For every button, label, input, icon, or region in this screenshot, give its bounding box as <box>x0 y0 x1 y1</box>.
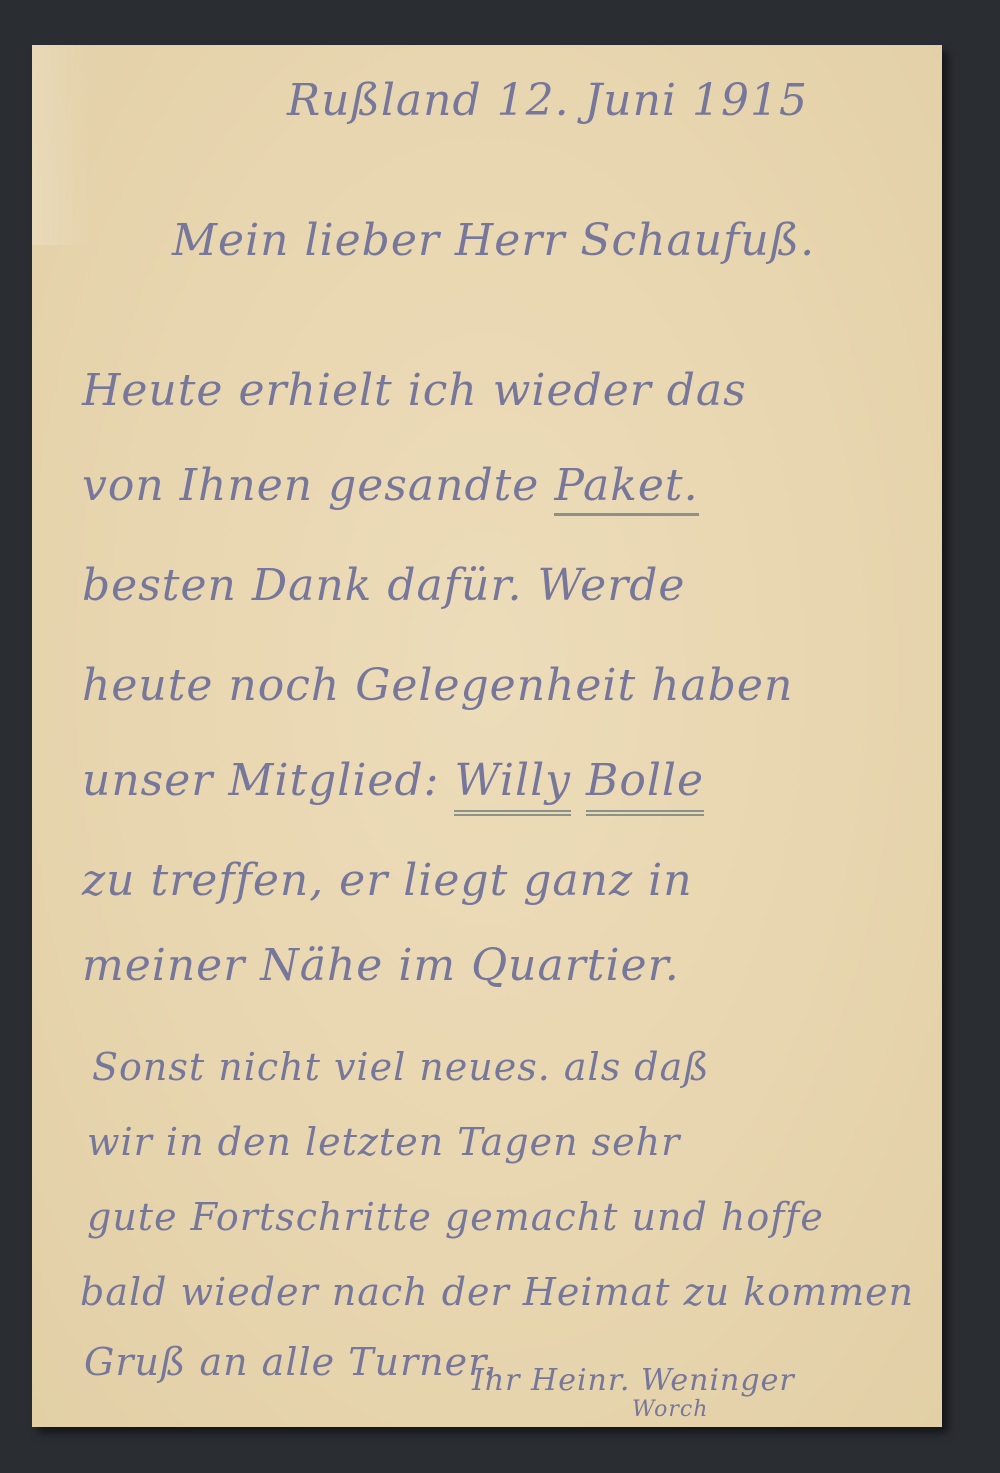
signature-sub: Worch <box>632 1397 708 1422</box>
place-date: Rußland 12. Juni 1915 <box>287 75 808 126</box>
underlined-willy: Willy <box>454 755 571 816</box>
underlined-paket: Paket. <box>554 460 698 516</box>
signature: Ihr Heinr. Weninger <box>472 1363 795 1398</box>
body-line-2-text: von Ihnen gesandte <box>82 460 539 511</box>
body-line-5: unser Mitglied: Willy Bolle <box>82 755 704 806</box>
body-line-4: heute noch Gelegenheit haben <box>82 660 793 711</box>
underlined-bolle: Bolle <box>586 755 704 816</box>
salutation: Mein lieber Herr Schaufuß. <box>172 215 815 266</box>
body-line-5-text: unser Mitglied: <box>82 755 439 806</box>
body-line-10: gute Fortschritte gemacht und hoffe <box>87 1195 824 1239</box>
body-line-8: Sonst nicht viel neues. als daß <box>92 1045 710 1089</box>
body-line-3: besten Dank dafür. Werde <box>82 560 685 611</box>
body-line-6: zu treffen, er liegt ganz in <box>82 855 693 906</box>
body-line-2: von Ihnen gesandte Paket. <box>82 460 699 511</box>
body-line-7: meiner Nähe im Quartier. <box>82 940 680 991</box>
body-line-1: Heute erhielt ich wieder das <box>82 365 747 416</box>
body-line-9: wir in den letzten Tagen sehr <box>87 1120 680 1164</box>
body-line-12: Gruß an alle Turner. <box>84 1340 496 1384</box>
body-line-11: bald wieder nach der Heimat zu kommen <box>80 1270 914 1314</box>
postcard: Rußland 12. Juni 1915 Mein lieber Herr S… <box>32 45 942 1427</box>
